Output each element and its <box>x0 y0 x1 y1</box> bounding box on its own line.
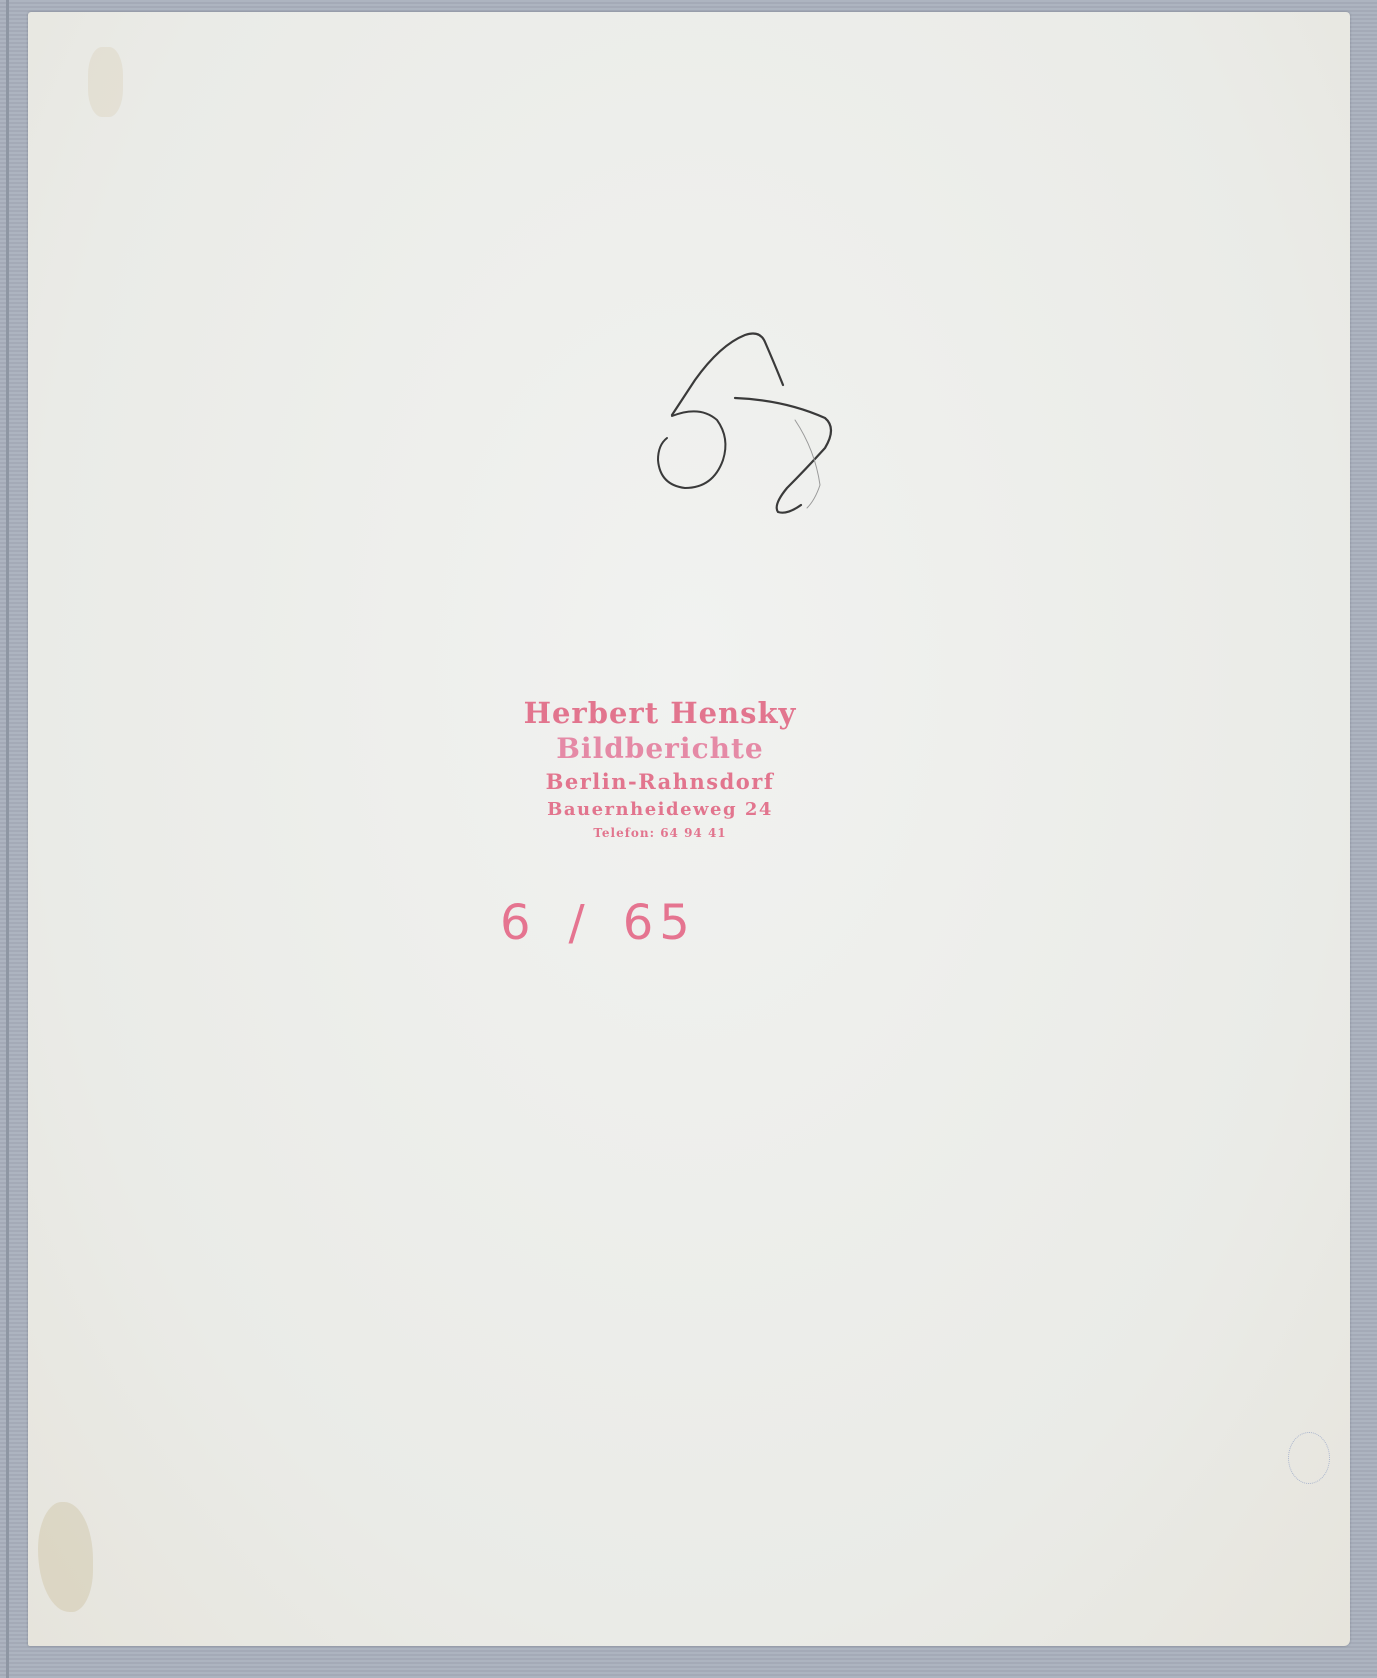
number-stamp-left: 6 <box>500 895 537 951</box>
number-stamp-separator: / <box>569 895 591 951</box>
scanner-edge <box>6 0 9 1678</box>
ink-smudge <box>1288 1432 1330 1484</box>
stamp-telephone: Telefon: 64 94 41 <box>440 823 880 843</box>
stamp-city: Berlin-Rahnsdorf <box>440 767 880 797</box>
stamp-business-type: Bildberichte <box>440 731 880 767</box>
stamp-street: Bauernheideweg 24 <box>440 797 880 823</box>
number-stamp-right: 65 <box>623 895 696 951</box>
paper-stain <box>38 1502 93 1612</box>
paper-stain <box>88 47 123 117</box>
photographer-stamp: Herbert Hensky Bildberichte Berlin-Rahns… <box>440 695 880 843</box>
date-number-stamp: 6/65 <box>500 895 760 951</box>
pencil-handwritten-number: 57 <box>625 320 845 530</box>
stamp-photographer-name: Herbert Hensky <box>440 695 880 731</box>
